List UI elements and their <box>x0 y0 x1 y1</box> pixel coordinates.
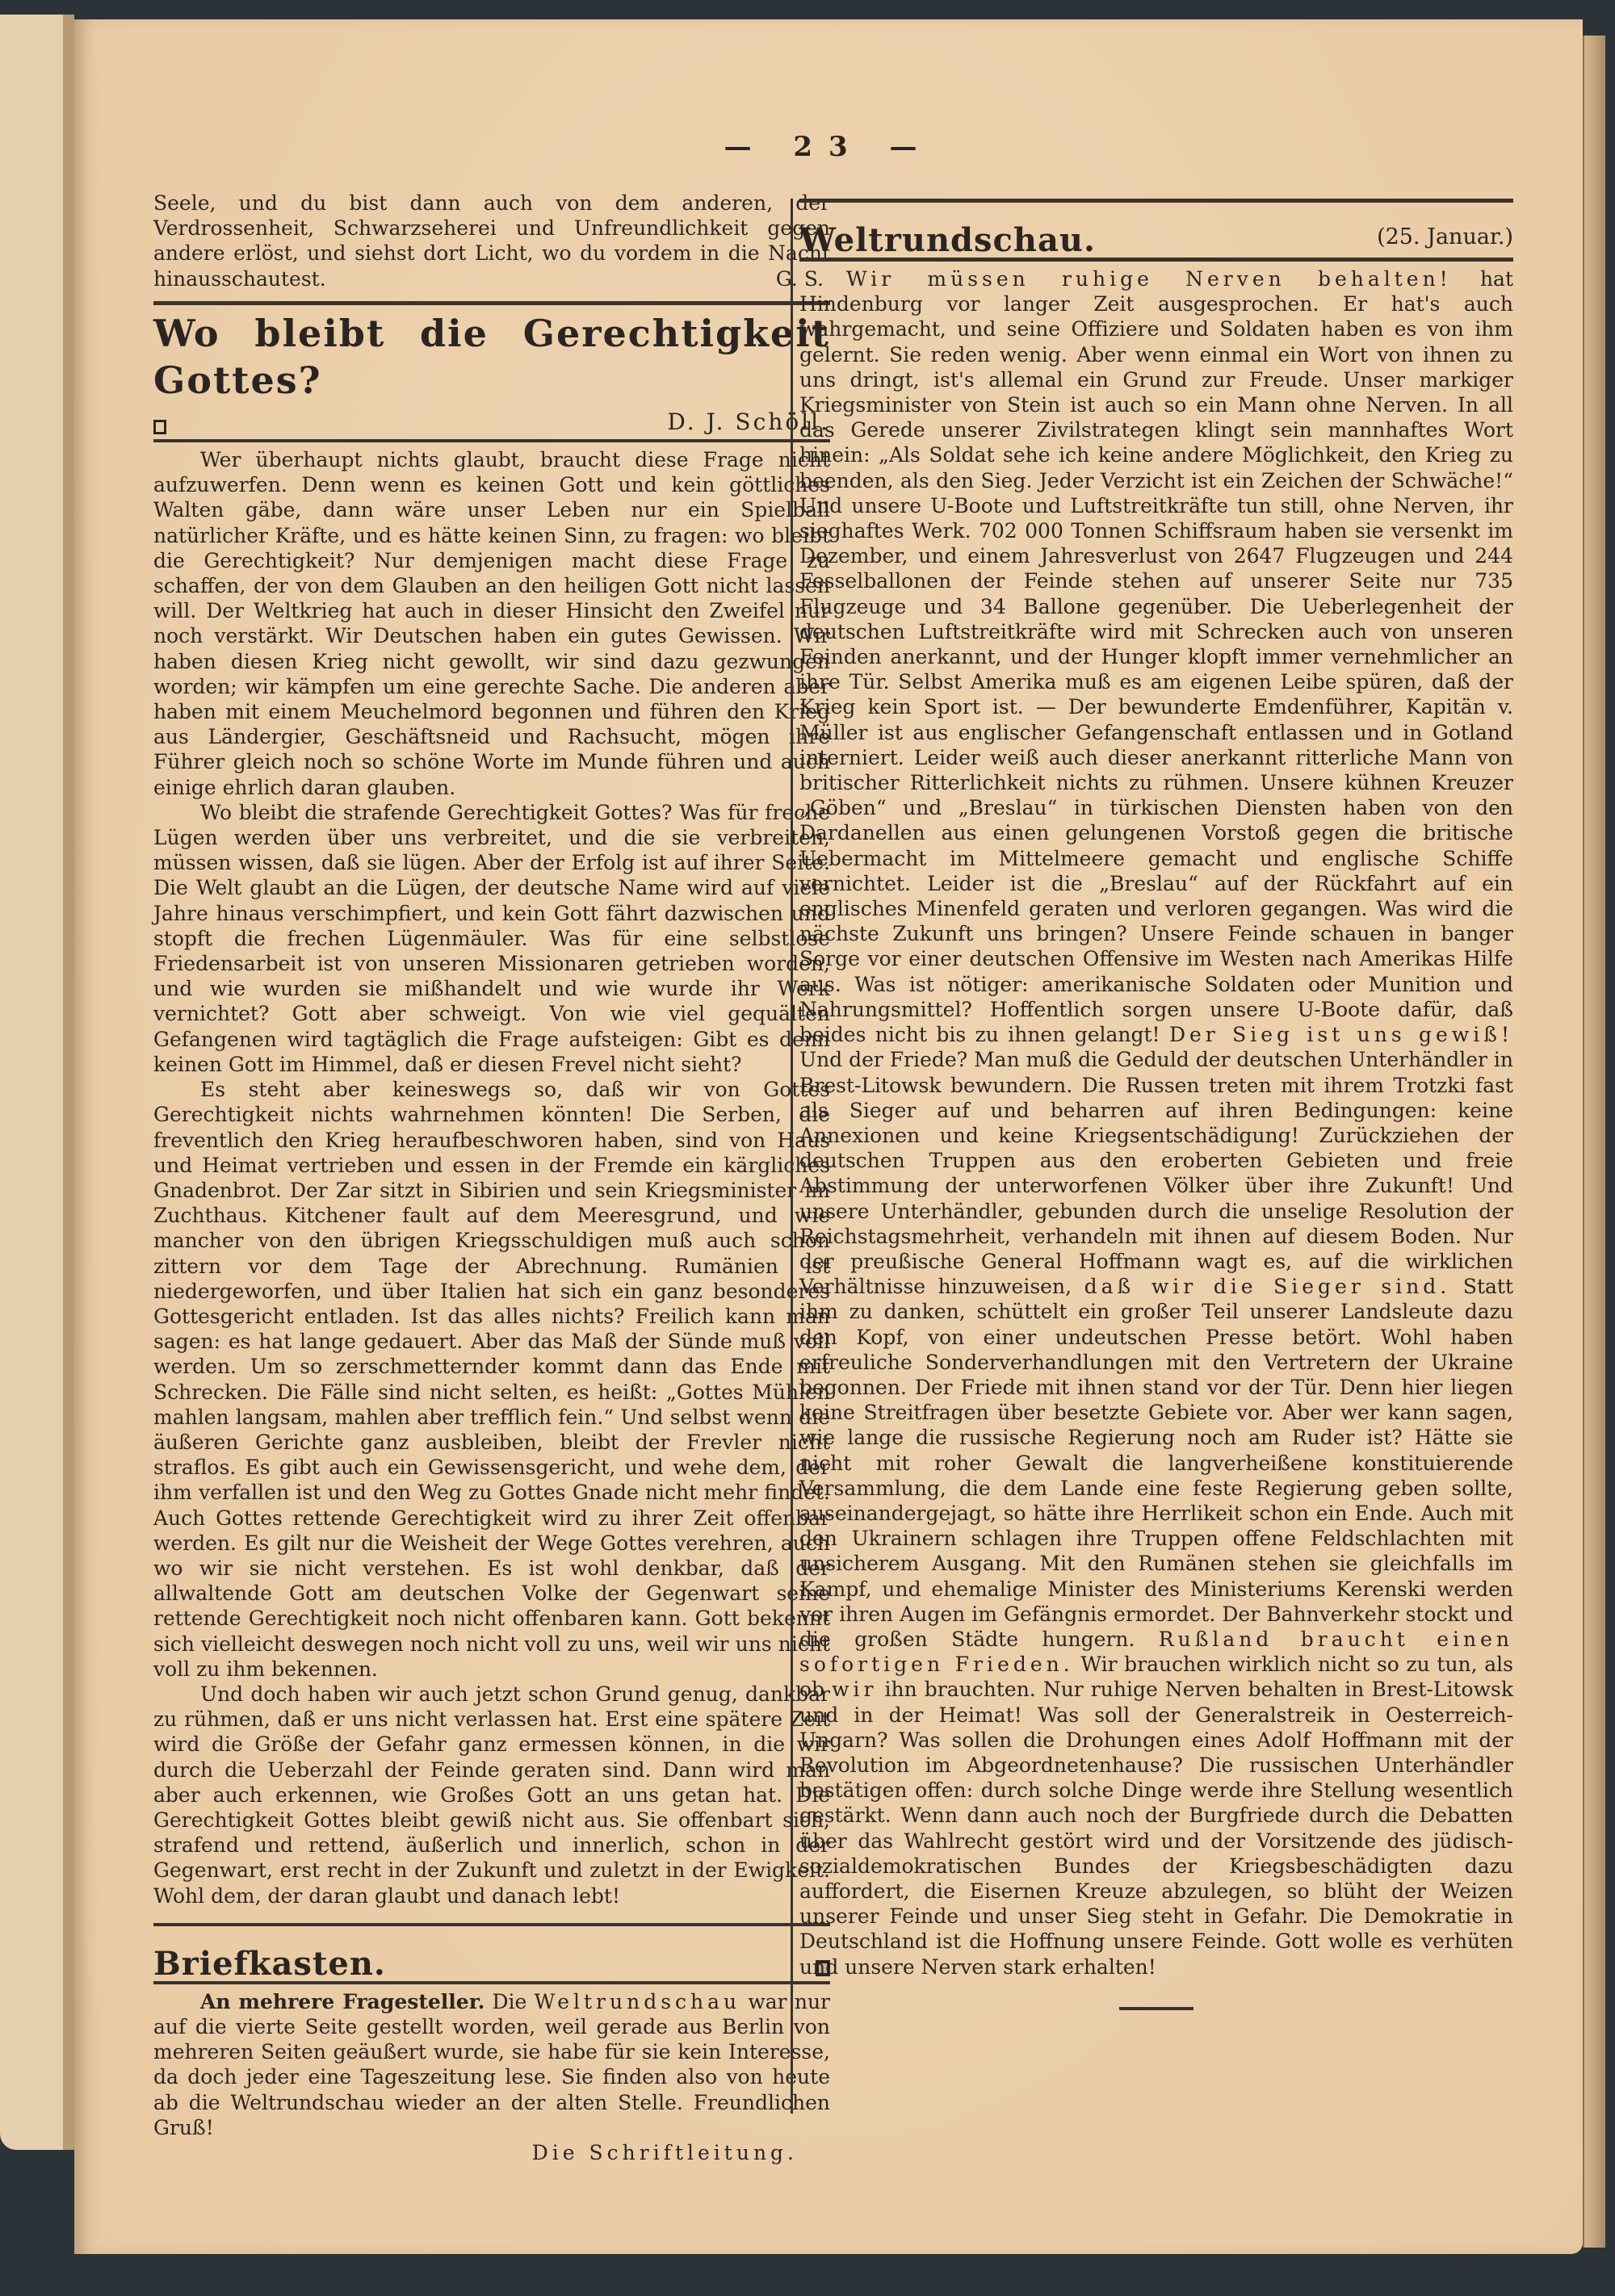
briefkasten-signature: Die Schriftleitung. <box>153 2140 830 2165</box>
article-paragraph: Wo bleibt die strafende Gerechtigkeit Go… <box>153 800 830 1077</box>
column-divider <box>791 199 793 2114</box>
weltrundschau-header: Weltrundschau. (25. Januar.) <box>799 207 1513 253</box>
briefkasten-addressee: An mehrere Fragesteller. <box>200 1990 484 2013</box>
article-paragraph: Wer überhaupt nichts glaubt, braucht die… <box>153 447 830 800</box>
page-number: — 23 — <box>74 131 1583 163</box>
weltrundschau-date: (25. Januar.) <box>1377 224 1513 253</box>
right-column: Weltrundschau. (25. Januar.) Wir müssen … <box>799 191 1513 2010</box>
spaced-emphasis: Der Sieg ist uns gewiß! <box>1169 1023 1513 1046</box>
left-column: Seele, und du bist dann auch von dem and… <box>153 191 830 2165</box>
byline-row: D. J. Schöll. <box>153 404 830 434</box>
article-title: Wo bleibt die Gerechtigkeit Gottes? <box>153 310 830 404</box>
briefkasten-section: Briefkasten. An mehrere Fragesteller. Di… <box>153 1923 830 2165</box>
spaced-emphasis: Wir müssen ruhige Nerven behalten! <box>846 267 1452 291</box>
page-stack-edge <box>1583 36 1605 2248</box>
section-rule <box>799 199 1513 203</box>
text-fragment: Und der Friede? Man muß die Geduld der d… <box>799 1048 1513 1298</box>
spaced-emphasis: wir <box>832 1678 877 1701</box>
section-rule <box>153 439 830 442</box>
end-rule <box>1119 2007 1193 2010</box>
briefkasten-title: Briefkasten. <box>153 1951 386 1976</box>
text-fragment: hat Hindenburg vor langer Zeit ausgespro… <box>799 267 1513 1046</box>
weltrundschau-title: Weltrundschau. <box>799 228 1096 253</box>
section-rule <box>153 301 830 305</box>
spaced-emphasis: Weltrundschau <box>535 1990 741 2013</box>
text-fragment: Die <box>493 1990 527 2013</box>
briefkasten-header: Briefkasten. <box>153 1931 830 1976</box>
briefkasten-text: An mehrere Fragesteller. Die Weltrundsch… <box>153 1989 830 2140</box>
square-ornament-icon <box>153 420 166 434</box>
newspaper-page: — 23 — Seele, und du bist dann auch von … <box>74 19 1583 2254</box>
spaced-emphasis: daß wir die Sieger sind. <box>1084 1275 1451 1298</box>
weltrundschau-paragraph: Wir müssen ruhige Nerven behalten! hat H… <box>799 266 1513 1980</box>
text-fragment: ihn brauchten. Nur ruhige Nerven behalte… <box>799 1678 1513 1978</box>
text-fragment: Statt ihm zu danken, schüttelt ein große… <box>799 1275 1513 1651</box>
adjacent-page-edge <box>0 15 74 2150</box>
article-paragraph: Es steht aber keineswegs so, daß wir von… <box>153 1077 830 1682</box>
article-paragraph: Und doch haben wir auch jetzt schon Grun… <box>153 1682 830 1908</box>
section-rule <box>153 1923 830 1926</box>
